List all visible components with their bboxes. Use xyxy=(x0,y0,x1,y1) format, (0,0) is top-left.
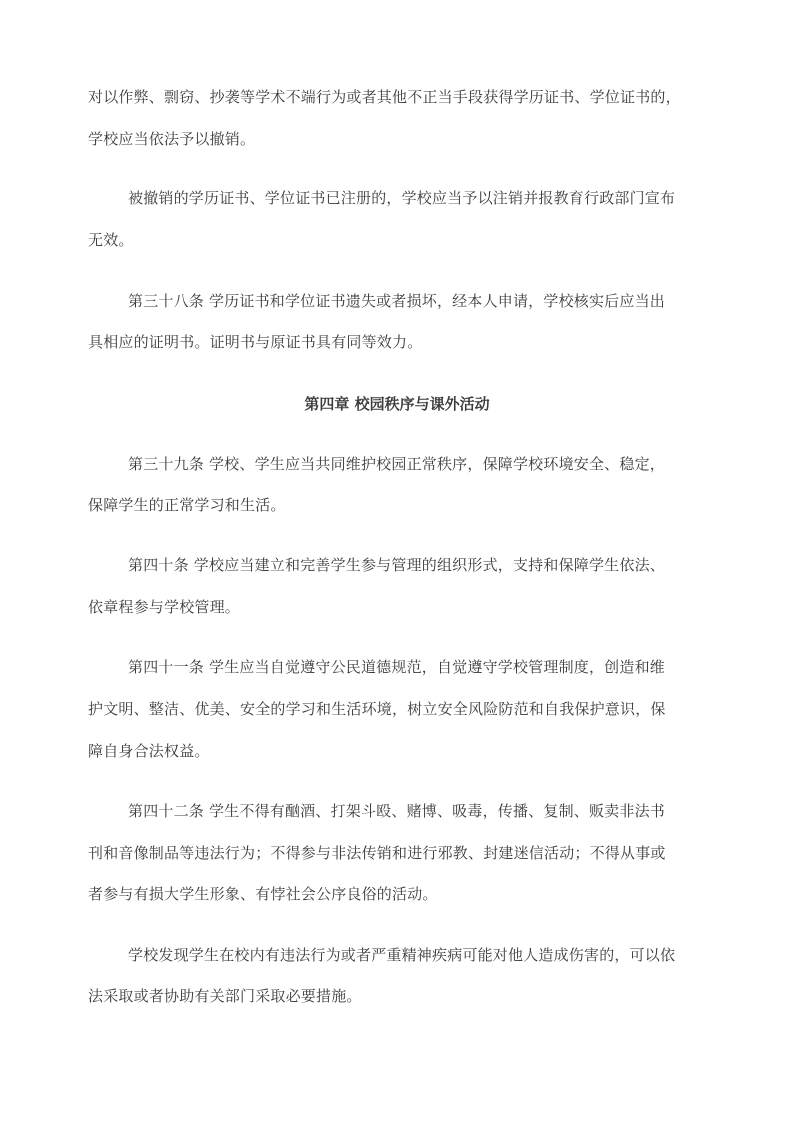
article-42-line-3: 者参与有损大学生形象、有悖社会公序良俗的活动。 xyxy=(88,884,438,904)
article-38-line-1: 第三十八条 学历证书和学位证书遗失或者损坏，经本人申请，学校核实后应当出 xyxy=(128,291,665,311)
article-40-line-1: 第四十条 学校应当建立和完善学生参与管理的组织形式，支持和保障学生依法、 xyxy=(128,555,665,575)
chapter-heading: 第四章 校园秩序与课外活动 xyxy=(88,394,706,414)
article-38-line-2: 具相应的证明书。证明书与原证书具有同等效力。 xyxy=(88,332,422,352)
article-42-line-2: 刊和音像制品等违法行为；不得参与非法传销和进行邪教、封建迷信活动；不得从事或 xyxy=(88,843,666,863)
paragraph-8-line-2: 法采取或者协助有关部门采取必要措施。 xyxy=(88,986,362,1006)
paragraph-8-line-1: 学校发现学生在校内有违法行为或者严重精神疾病可能对他人造成伤害的，可以依 xyxy=(128,945,675,965)
article-41-line-2: 护文明、整洁、优美、安全的学习和生活环境，树立安全风险防范和自我保护意识，保 xyxy=(88,699,666,719)
article-41-line-3: 障自身合法权益。 xyxy=(88,741,210,761)
paragraph-1-line-1: 对以作弊、剽窃、抄袭等学术不端行为或者其他不正当手段获得学历证书、学位证书的， xyxy=(88,87,681,107)
article-39-line-1: 第三十九条 学校、学生应当共同维护校园正常秩序，保障学校环境安全、稳定， xyxy=(128,454,665,474)
paragraph-2-line-1: 被撤销的学历证书、学位证书已注册的，学校应当予以注销并报教育行政部门宣布 xyxy=(128,188,675,208)
article-42-line-1: 第四十二条 学生不得有酗酒、打架斗殴、赌博、吸毒，传播、复制、贩卖非法书 xyxy=(128,801,665,821)
paragraph-1-line-2: 学校应当依法予以撤销。 xyxy=(88,129,255,149)
article-40-line-2: 依章程参与学校管理。 xyxy=(88,597,240,617)
article-39-line-2: 保障学生的正常学习和生活。 xyxy=(88,495,286,515)
paragraph-2-line-2: 无效。 xyxy=(88,230,134,250)
article-41-line-1: 第四十一条 学生应当自觉遵守公民道德规范，自觉遵守学校管理制度，创造和维 xyxy=(128,657,665,677)
